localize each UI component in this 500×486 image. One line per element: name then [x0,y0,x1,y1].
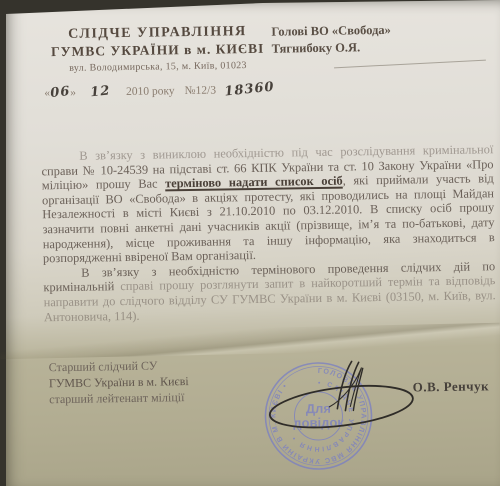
outgoing-number-handwritten: 18360 [223,80,275,100]
date-month-handwritten: 12 [89,83,111,100]
date-day-handwritten: 06 [49,84,71,101]
letterhead-address: вул. Володимирська, 15, м. Київ, 01023 [38,60,278,75]
recipient-line2: Тягнибоку О.Я. [272,37,482,57]
letterhead-org-line2: ГУМВС УКРАЇНИ в м. КИЄВІ [38,41,278,61]
paragraph-2: В зв’язку з необхідністю термінового про… [43,259,496,324]
date-year-label: 2010 року [126,85,175,98]
letterhead: СЛІДЧЕ УПРАВЛІННЯ ГУМВС УКРАЇНИ в м. КИЄ… [37,24,278,75]
recipient-underline [334,60,486,69]
paragraph-1: В зв’язку з виниклою необхідністю під ча… [41,142,495,266]
document-content: СЛІДЧЕ УПРАВЛІННЯ ГУМВС УКРАЇНИ в м. КИЄ… [3,0,500,486]
letter-body: В зв’язку з виниклою необхідністю під ча… [41,142,496,324]
outgoing-number-label: №12/3 [185,85,217,97]
round-stamp-icon: ГОЛОВНЕ УПРАВЛІННЯ МВС УКРАЇНИ В М. КИЄВ… [240,349,452,486]
recipient-block: Голові ВО «Свобода» Тягнибоку О.Я. [271,20,482,57]
signature-block: Старший слідчий СУ ГУМВС України в м. Ки… [49,357,189,407]
stamp-and-signature: ГОЛОВНЕ УПРАВЛІННЯ МВС УКРАЇНИ В М. КИЄВ… [240,349,452,486]
document-photo: СЛІДЧЕ УПРАВЛІННЯ ГУМВС УКРАЇНИ в м. КИЄ… [0,0,500,486]
signer-post-line3: старший лейтенант міліції [49,389,189,407]
date-line: «06»122010 року№12/318360 [44,81,304,100]
